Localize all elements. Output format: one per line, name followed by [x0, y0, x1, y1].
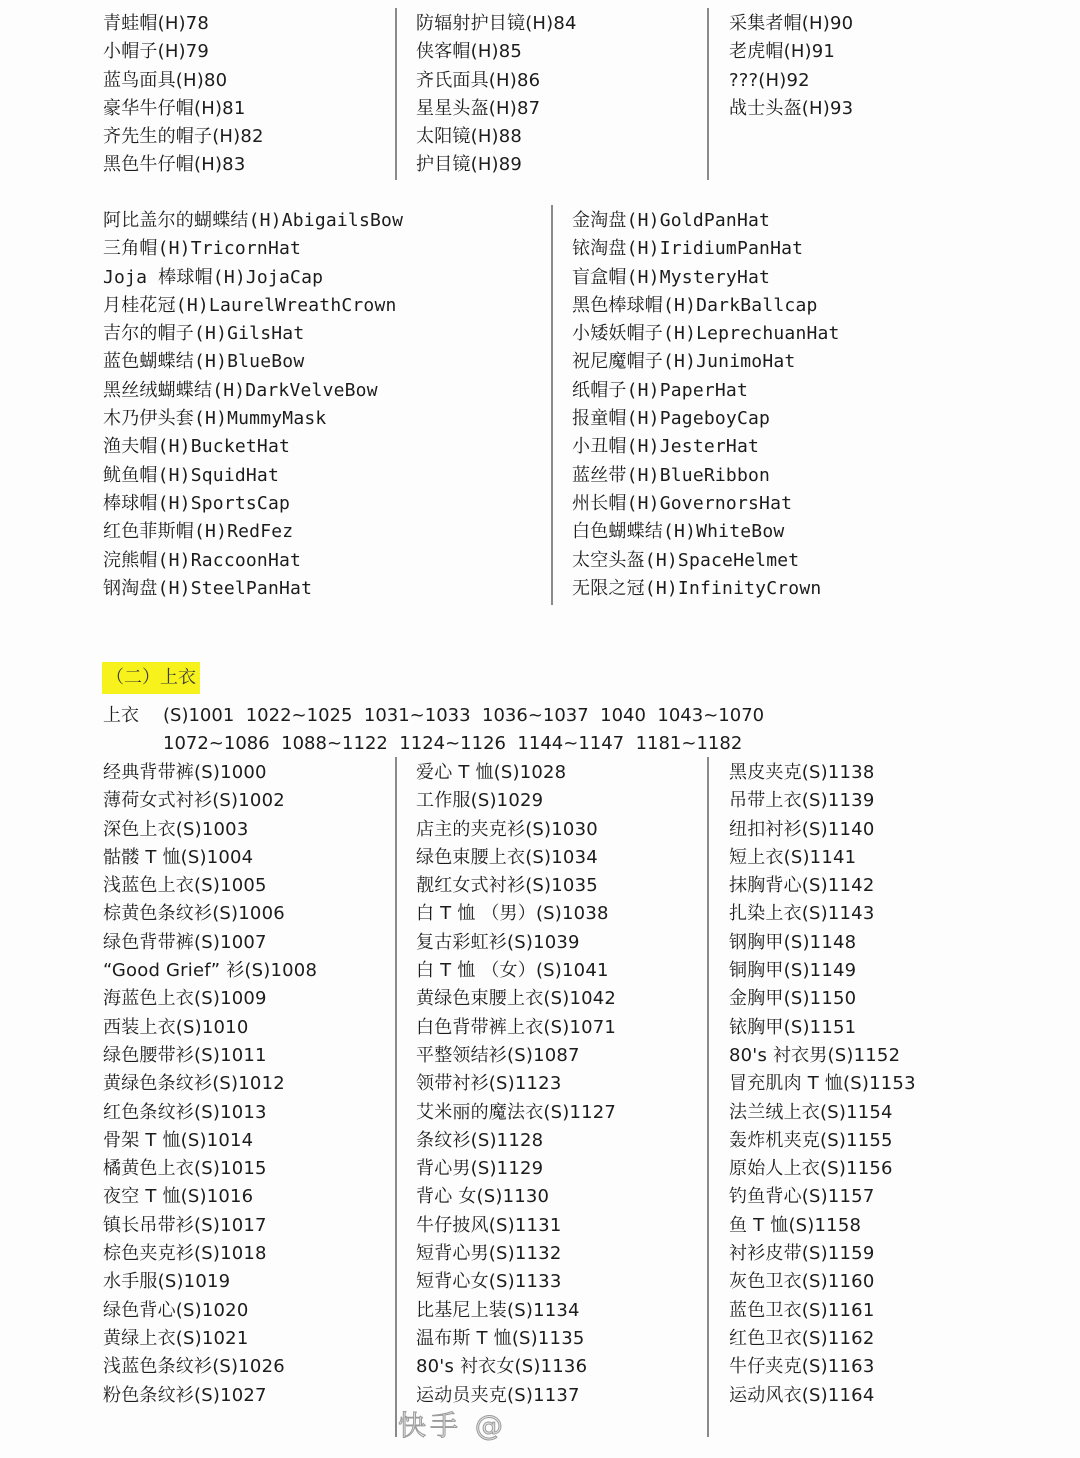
list-item: 棒球帽(H)SportsCap [103, 490, 403, 518]
list-item: 轰炸机夹克(S)1155 [729, 1127, 916, 1155]
list-item: 钓鱼背心(S)1157 [729, 1183, 916, 1211]
list-item: 铜胸甲(S)1149 [729, 957, 916, 985]
list-item: 80's 衬衣男(S)1152 [729, 1042, 916, 1070]
list-item: ???(H)92 [729, 67, 853, 95]
list-item: 白 T 恤 （女）(S)1041 [416, 957, 616, 985]
list-item: 蓝色卫衣(S)1161 [729, 1297, 916, 1325]
list-item: 骨架 T 恤(S)1014 [103, 1127, 317, 1155]
list-item: 绿色腰带衫(S)1011 [103, 1042, 317, 1070]
list-item: 短背心女(S)1133 [416, 1268, 616, 1296]
list-item: 冒充肌肉 T 恤(S)1153 [729, 1070, 916, 1098]
list-item: 短背心男(S)1132 [416, 1240, 616, 1268]
list-item: 豪华牛仔帽(H)81 [103, 95, 264, 123]
list-item: 太阳镜(H)88 [416, 123, 577, 151]
list-item: 金淘盘(H)GoldPanHat [572, 207, 840, 235]
list-item: 棕黄色条纹衫(S)1006 [103, 900, 317, 928]
list-item: 老虎帽(H)91 [729, 38, 853, 66]
hats-named-col-1: 阿比盖尔的蝴蝶结(H)AbigailsBow三角帽(H)TricornHatJo… [103, 207, 403, 603]
list-item: 绿色背带裤(S)1007 [103, 929, 317, 957]
list-item: 薄荷女式衬衫(S)1002 [103, 787, 317, 815]
list-item: 黄绿色束腰上衣(S)1042 [416, 985, 616, 1013]
list-item: 温布斯 T 恤(S)1135 [416, 1325, 616, 1353]
list-item: 背心 女(S)1130 [416, 1183, 616, 1211]
list-item: 三角帽(H)TricornHat [103, 235, 403, 263]
shirts-col-1: 经典背带裤(S)1000薄荷女式衬衫(S)1002深色上衣(S)1003骷髅 T… [103, 759, 317, 1410]
list-item: 红色条纹衫(S)1013 [103, 1099, 317, 1127]
list-item: 月桂花冠(H)LaurelWreathCrown [103, 292, 403, 320]
column-divider [395, 757, 397, 1437]
list-item: 无限之冠(H)InfinityCrown [572, 575, 840, 603]
list-item: 橘黄色上衣(S)1015 [103, 1155, 317, 1183]
list-item: 牛仔披风(S)1131 [416, 1212, 616, 1240]
column-divider [707, 8, 709, 180]
list-item: 艾米丽的魔法衣(S)1127 [416, 1099, 616, 1127]
list-item: 条纹衫(S)1128 [416, 1127, 616, 1155]
list-item: 80's 衬衣女(S)1136 [416, 1353, 616, 1381]
list-item: 蓝鸟面具(H)80 [103, 67, 264, 95]
list-item: 州长帽(H)GovernorsHat [572, 490, 840, 518]
list-item: 小矮妖帽子(H)LeprechuanHat [572, 320, 840, 348]
list-item: 红色菲斯帽(H)RedFez [103, 518, 403, 546]
column-divider [551, 205, 553, 605]
list-item: 黑色棒球帽(H)DarkBallcap [572, 292, 840, 320]
list-item: 黄绿色条纹衫(S)1012 [103, 1070, 317, 1098]
list-item: 吊带上衣(S)1139 [729, 787, 916, 815]
list-item: 护目镜(H)89 [416, 151, 577, 179]
list-item: 海蓝色上衣(S)1009 [103, 985, 317, 1013]
shirts-col-2: 爱心 T 恤(S)1028工作服(S)1029店主的夹克衫(S)1030绿色束腰… [416, 759, 616, 1410]
list-item: 星星头盔(H)87 [416, 95, 577, 123]
list-item: 绿色束腰上衣(S)1034 [416, 844, 616, 872]
list-item: 西装上衣(S)1010 [103, 1014, 317, 1042]
list-item: 背心男(S)1129 [416, 1155, 616, 1183]
list-item: 金胸甲(S)1150 [729, 985, 916, 1013]
list-item: 铱胸甲(S)1151 [729, 1014, 916, 1042]
list-item: 棕色夹克衫(S)1018 [103, 1240, 317, 1268]
list-item: 绿色背心(S)1020 [103, 1297, 317, 1325]
list-item: 抹胸背心(S)1142 [729, 872, 916, 900]
list-item: 蓝色蝴蝶结(H)BlueBow [103, 348, 403, 376]
list-item: 店主的夹克衫(S)1030 [416, 816, 616, 844]
range-label: 上衣 [103, 702, 139, 730]
range-line-1: (S)1001 1022~1025 1031~1033 1036~1037 10… [163, 702, 764, 730]
list-item: 工作服(S)1029 [416, 787, 616, 815]
watermark: 快手 @ [398, 1404, 507, 1444]
list-item: 渔夫帽(H)BucketHat [103, 433, 403, 461]
list-item: 红色卫衣(S)1162 [729, 1325, 916, 1353]
list-item: 黑丝绒蝴蝶结(H)DarkVelveBow [103, 377, 403, 405]
list-item: 衬衫皮带(S)1159 [729, 1240, 916, 1268]
list-item: Joja 棒球帽(H)JojaCap [103, 264, 403, 292]
list-item: 粉色条纹衫(S)1027 [103, 1382, 317, 1410]
list-item: 钢淘盘(H)SteelPanHat [103, 575, 403, 603]
list-item: 纽扣衬衫(S)1140 [729, 816, 916, 844]
list-item: 平整领结衫(S)1087 [416, 1042, 616, 1070]
list-item: 镇长吊带衫(S)1017 [103, 1212, 317, 1240]
list-item: 浅蓝色条纹衫(S)1026 [103, 1353, 317, 1381]
range-line-2: 1072~1086 1088~1122 1124~1126 1144~1147 … [163, 730, 742, 758]
list-item: 深色上衣(S)1003 [103, 816, 317, 844]
list-item: 吉尔的帽子(H)GilsHat [103, 320, 403, 348]
column-divider [395, 8, 397, 180]
list-item: 白色蝴蝶结(H)WhiteBow [572, 518, 840, 546]
hats-numbered-col-1: 青蛙帽(H)78小帽子(H)79蓝鸟面具(H)80豪华牛仔帽(H)81齐先生的帽… [103, 10, 264, 180]
list-item: 侠客帽(H)85 [416, 38, 577, 66]
list-item: 运动风衣(S)1164 [729, 1382, 916, 1410]
list-item: 齐氏面具(H)86 [416, 67, 577, 95]
list-item: 鱼 T 恤(S)1158 [729, 1212, 916, 1240]
list-item: 法兰绒上衣(S)1154 [729, 1099, 916, 1127]
list-item: 采集者帽(H)90 [729, 10, 853, 38]
list-item: 领带衬衫(S)1123 [416, 1070, 616, 1098]
list-item: 牛仔夹克(S)1163 [729, 1353, 916, 1381]
list-item: 木乃伊头套(H)MummyMask [103, 405, 403, 433]
list-item: 短上衣(S)1141 [729, 844, 916, 872]
list-item: 比基尼上装(S)1134 [416, 1297, 616, 1325]
list-item: 夜空 T 恤(S)1016 [103, 1183, 317, 1211]
list-item: 报童帽(H)PageboyCap [572, 405, 840, 433]
list-item: 铱淘盘(H)IridiumPanHat [572, 235, 840, 263]
list-item: 防辐射护目镜(H)84 [416, 10, 577, 38]
list-item: 黄绿上衣(S)1021 [103, 1325, 317, 1353]
list-item: 青蛙帽(H)78 [103, 10, 264, 38]
list-item: 祝尼魔帽子(H)JunimoHat [572, 348, 840, 376]
list-item: 盲盒帽(H)MysteryHat [572, 264, 840, 292]
list-item: 水手服(S)1019 [103, 1268, 317, 1296]
list-item: 黑皮夹克(S)1138 [729, 759, 916, 787]
column-divider [707, 757, 709, 1437]
section-title: （二）上衣 [102, 662, 200, 694]
list-item: 太空头盔(H)SpaceHelmet [572, 547, 840, 575]
list-item: “Good Grief” 衫(S)1008 [103, 957, 317, 985]
list-item: 靓红女式衬衫(S)1035 [416, 872, 616, 900]
list-item: 纸帽子(H)PaperHat [572, 377, 840, 405]
list-item: 经典背带裤(S)1000 [103, 759, 317, 787]
list-item: 黑色牛仔帽(H)83 [103, 151, 264, 179]
list-item: 复古彩虹衫(S)1039 [416, 929, 616, 957]
list-item: 原始人上衣(S)1156 [729, 1155, 916, 1183]
list-item: 浣熊帽(H)RaccoonHat [103, 547, 403, 575]
hats-named-col-2: 金淘盘(H)GoldPanHat铱淘盘(H)IridiumPanHat盲盒帽(H… [572, 207, 840, 603]
list-item: 浅蓝色上衣(S)1005 [103, 872, 317, 900]
hats-numbered-col-2: 防辐射护目镜(H)84侠客帽(H)85齐氏面具(H)86星星头盔(H)87太阳镜… [416, 10, 577, 180]
hats-numbered-col-3: 采集者帽(H)90老虎帽(H)91???(H)92战士头盔(H)93 [729, 10, 853, 123]
list-item: 爱心 T 恤(S)1028 [416, 759, 616, 787]
list-item: 灰色卫衣(S)1160 [729, 1268, 916, 1296]
list-item: 钢胸甲(S)1148 [729, 929, 916, 957]
shirts-col-3: 黑皮夹克(S)1138吊带上衣(S)1139纽扣衬衫(S)1140短上衣(S)1… [729, 759, 916, 1410]
list-item: 齐先生的帽子(H)82 [103, 123, 264, 151]
list-item: 骷髅 T 恤(S)1004 [103, 844, 317, 872]
list-item: 小帽子(H)79 [103, 38, 264, 66]
list-item: 白 T 恤 （男）(S)1038 [416, 900, 616, 928]
list-item: 小丑帽(H)JesterHat [572, 433, 840, 461]
list-item: 白色背带裤上衣(S)1071 [416, 1014, 616, 1042]
list-item: 扎染上衣(S)1143 [729, 900, 916, 928]
list-item: 战士头盔(H)93 [729, 95, 853, 123]
list-item: 阿比盖尔的蝴蝶结(H)AbigailsBow [103, 207, 403, 235]
list-item: 鱿鱼帽(H)SquidHat [103, 462, 403, 490]
list-item: 蓝丝带(H)BlueRibbon [572, 462, 840, 490]
